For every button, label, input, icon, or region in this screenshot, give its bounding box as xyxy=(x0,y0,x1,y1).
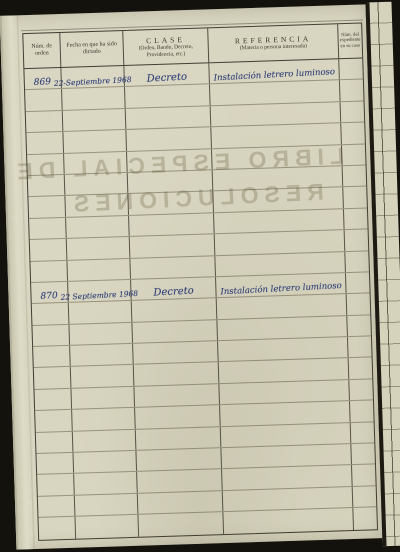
cell-num_orden xyxy=(36,431,74,453)
cell-expediente xyxy=(347,315,371,336)
cell-num_orden xyxy=(28,196,66,218)
cell-fecha xyxy=(73,451,137,473)
cell-fecha xyxy=(69,323,133,345)
cell-clase: Decreto xyxy=(124,63,210,86)
cell-clase xyxy=(136,427,222,450)
cell-fecha xyxy=(75,494,139,516)
column-header-referencia-subtitle: (Materia o persona interesada) xyxy=(240,43,307,52)
entry-num_orden: 870 xyxy=(41,291,59,302)
entry-fecha: 22 Septiembre 1968 xyxy=(61,289,139,302)
cell-referencia: Instalación letrero luminoso xyxy=(209,59,340,83)
cell-fecha xyxy=(67,258,131,280)
cell-referencia xyxy=(214,209,345,233)
cell-referencia xyxy=(213,188,344,212)
cell-clase xyxy=(136,448,222,471)
cell-expediente xyxy=(347,294,371,315)
registry-table: Núm. de orden Fecha en que ha sido dicta… xyxy=(22,23,378,541)
cell-fecha xyxy=(64,152,128,174)
cell-clase xyxy=(128,192,214,215)
cell-referencia: Instalación letrero luminoso xyxy=(216,273,347,297)
cell-expediente xyxy=(350,401,374,422)
cell-clase xyxy=(125,85,211,108)
column-header-expediente-label: Núm. del expediente en su caso xyxy=(339,32,361,49)
cell-fecha: 22-Septiembre 1968 xyxy=(61,66,125,88)
cell-expediente xyxy=(340,80,364,101)
table-body: 86922-Septiembre 1968DecretoInstalación … xyxy=(24,59,377,540)
cell-referencia xyxy=(210,81,341,105)
column-header-clase-subtitle: (Orden, Bando, Decreto, Providencia, etc… xyxy=(125,43,207,59)
cell-fecha xyxy=(70,344,134,366)
cell-clase xyxy=(129,213,215,236)
column-header-clase: CLASE (Orden, Bando, Decreto, Providenci… xyxy=(123,28,209,65)
cell-referencia xyxy=(217,294,348,318)
cell-expediente xyxy=(341,101,365,122)
column-header-referencia: REFERENCIA (Materia o persona interesada… xyxy=(208,24,339,62)
cell-num_orden xyxy=(27,153,65,175)
cell-fecha xyxy=(75,515,139,538)
cell-expediente xyxy=(348,336,372,357)
cell-num_orden xyxy=(34,389,72,411)
cell-expediente xyxy=(342,144,366,165)
cell-expediente xyxy=(341,123,365,144)
column-header-fecha-label: Fecha en que ha sido dictado xyxy=(62,41,122,57)
cell-referencia xyxy=(213,166,344,190)
cell-referencia xyxy=(215,230,346,254)
cell-expediente xyxy=(353,486,377,507)
cell-clase xyxy=(133,341,219,364)
cell-expediente xyxy=(349,379,373,400)
cell-referencia xyxy=(221,423,352,447)
cell-fecha xyxy=(74,472,138,494)
cell-referencia xyxy=(221,444,352,468)
cell-referencia xyxy=(219,380,350,404)
cell-expediente xyxy=(343,165,367,186)
cell-clase xyxy=(135,405,221,428)
cell-fecha xyxy=(62,87,126,109)
cell-fecha xyxy=(63,130,127,152)
cell-fecha xyxy=(66,216,130,238)
cell-num_orden xyxy=(30,239,68,261)
entry-fecha: 22-Septiembre 1968 xyxy=(54,75,132,88)
cell-referencia xyxy=(219,359,350,383)
cell-fecha xyxy=(65,173,129,195)
cell-fecha xyxy=(69,301,133,323)
cell-num_orden xyxy=(28,175,66,197)
entry-num_orden: 869 xyxy=(34,78,52,89)
cell-clase xyxy=(137,470,223,493)
cell-num_orden xyxy=(26,132,64,154)
ledger-page: LIBRO ESPECIAL DE RESOLUCIONES Núm. de o… xyxy=(0,4,382,549)
cell-fecha xyxy=(71,365,135,387)
cell-expediente xyxy=(345,230,369,251)
cell-referencia xyxy=(222,465,353,489)
cell-referencia xyxy=(220,401,351,425)
cell-fecha xyxy=(63,109,127,131)
cell-clase xyxy=(132,299,218,322)
cell-num_orden xyxy=(32,325,70,347)
cell-fecha xyxy=(71,387,135,409)
column-header-fecha: Fecha en que ha sido dictado xyxy=(60,31,124,67)
column-header-num-orden: Núm. de orden xyxy=(23,33,61,68)
cell-referencia xyxy=(215,252,346,276)
cell-num_orden xyxy=(37,474,75,496)
cell-referencia xyxy=(217,316,348,340)
cell-clase xyxy=(134,384,220,407)
cell-expediente xyxy=(346,272,370,293)
column-header-expediente: Núm. del expediente en su caso xyxy=(338,24,362,59)
cell-clase xyxy=(127,149,213,172)
cell-expediente xyxy=(339,59,363,80)
cell-referencia xyxy=(223,487,354,511)
cell-fecha xyxy=(65,194,129,216)
cell-num_orden xyxy=(29,218,67,240)
cell-expediente xyxy=(344,208,368,229)
cell-referencia xyxy=(211,123,342,147)
cell-clase xyxy=(134,363,220,386)
entry-clase: Decreto xyxy=(153,286,194,299)
cell-expediente xyxy=(352,465,376,486)
cell-num_orden xyxy=(36,453,74,475)
cell-expediente xyxy=(353,507,377,529)
cell-fecha: 22 Septiembre 1968 xyxy=(68,280,132,302)
cell-num_orden xyxy=(34,367,72,389)
cell-clase xyxy=(126,127,212,150)
cell-clase xyxy=(138,491,224,514)
cell-num_orden xyxy=(38,517,76,540)
column-header-num-orden-label: Núm. de orden xyxy=(25,43,59,58)
cell-num_orden xyxy=(26,111,64,133)
cell-fecha xyxy=(72,408,136,430)
cell-clase: Decreto xyxy=(131,277,217,300)
cell-referencia xyxy=(218,337,349,361)
cell-num_orden xyxy=(35,410,73,432)
cell-clase xyxy=(130,256,216,279)
cell-clase xyxy=(138,512,224,536)
cell-num_orden xyxy=(25,89,63,111)
cell-num_orden xyxy=(33,346,71,368)
entry-clase: Decreto xyxy=(146,72,187,85)
cell-referencia xyxy=(212,145,343,169)
cell-num_orden xyxy=(30,260,68,282)
cell-expediente xyxy=(343,187,367,208)
cell-expediente xyxy=(351,422,375,443)
cell-expediente xyxy=(345,251,369,272)
cell-referencia xyxy=(211,102,342,126)
cell-expediente xyxy=(349,358,373,379)
cell-referencia xyxy=(223,508,354,533)
cell-num_orden xyxy=(38,496,76,518)
cell-clase xyxy=(128,170,214,193)
cell-clase xyxy=(132,320,218,343)
cell-fecha xyxy=(67,237,131,259)
cell-num_orden xyxy=(32,303,70,325)
cell-expediente xyxy=(351,443,375,464)
cell-fecha xyxy=(73,429,137,451)
cell-clase xyxy=(126,106,212,129)
cell-clase xyxy=(130,234,216,257)
